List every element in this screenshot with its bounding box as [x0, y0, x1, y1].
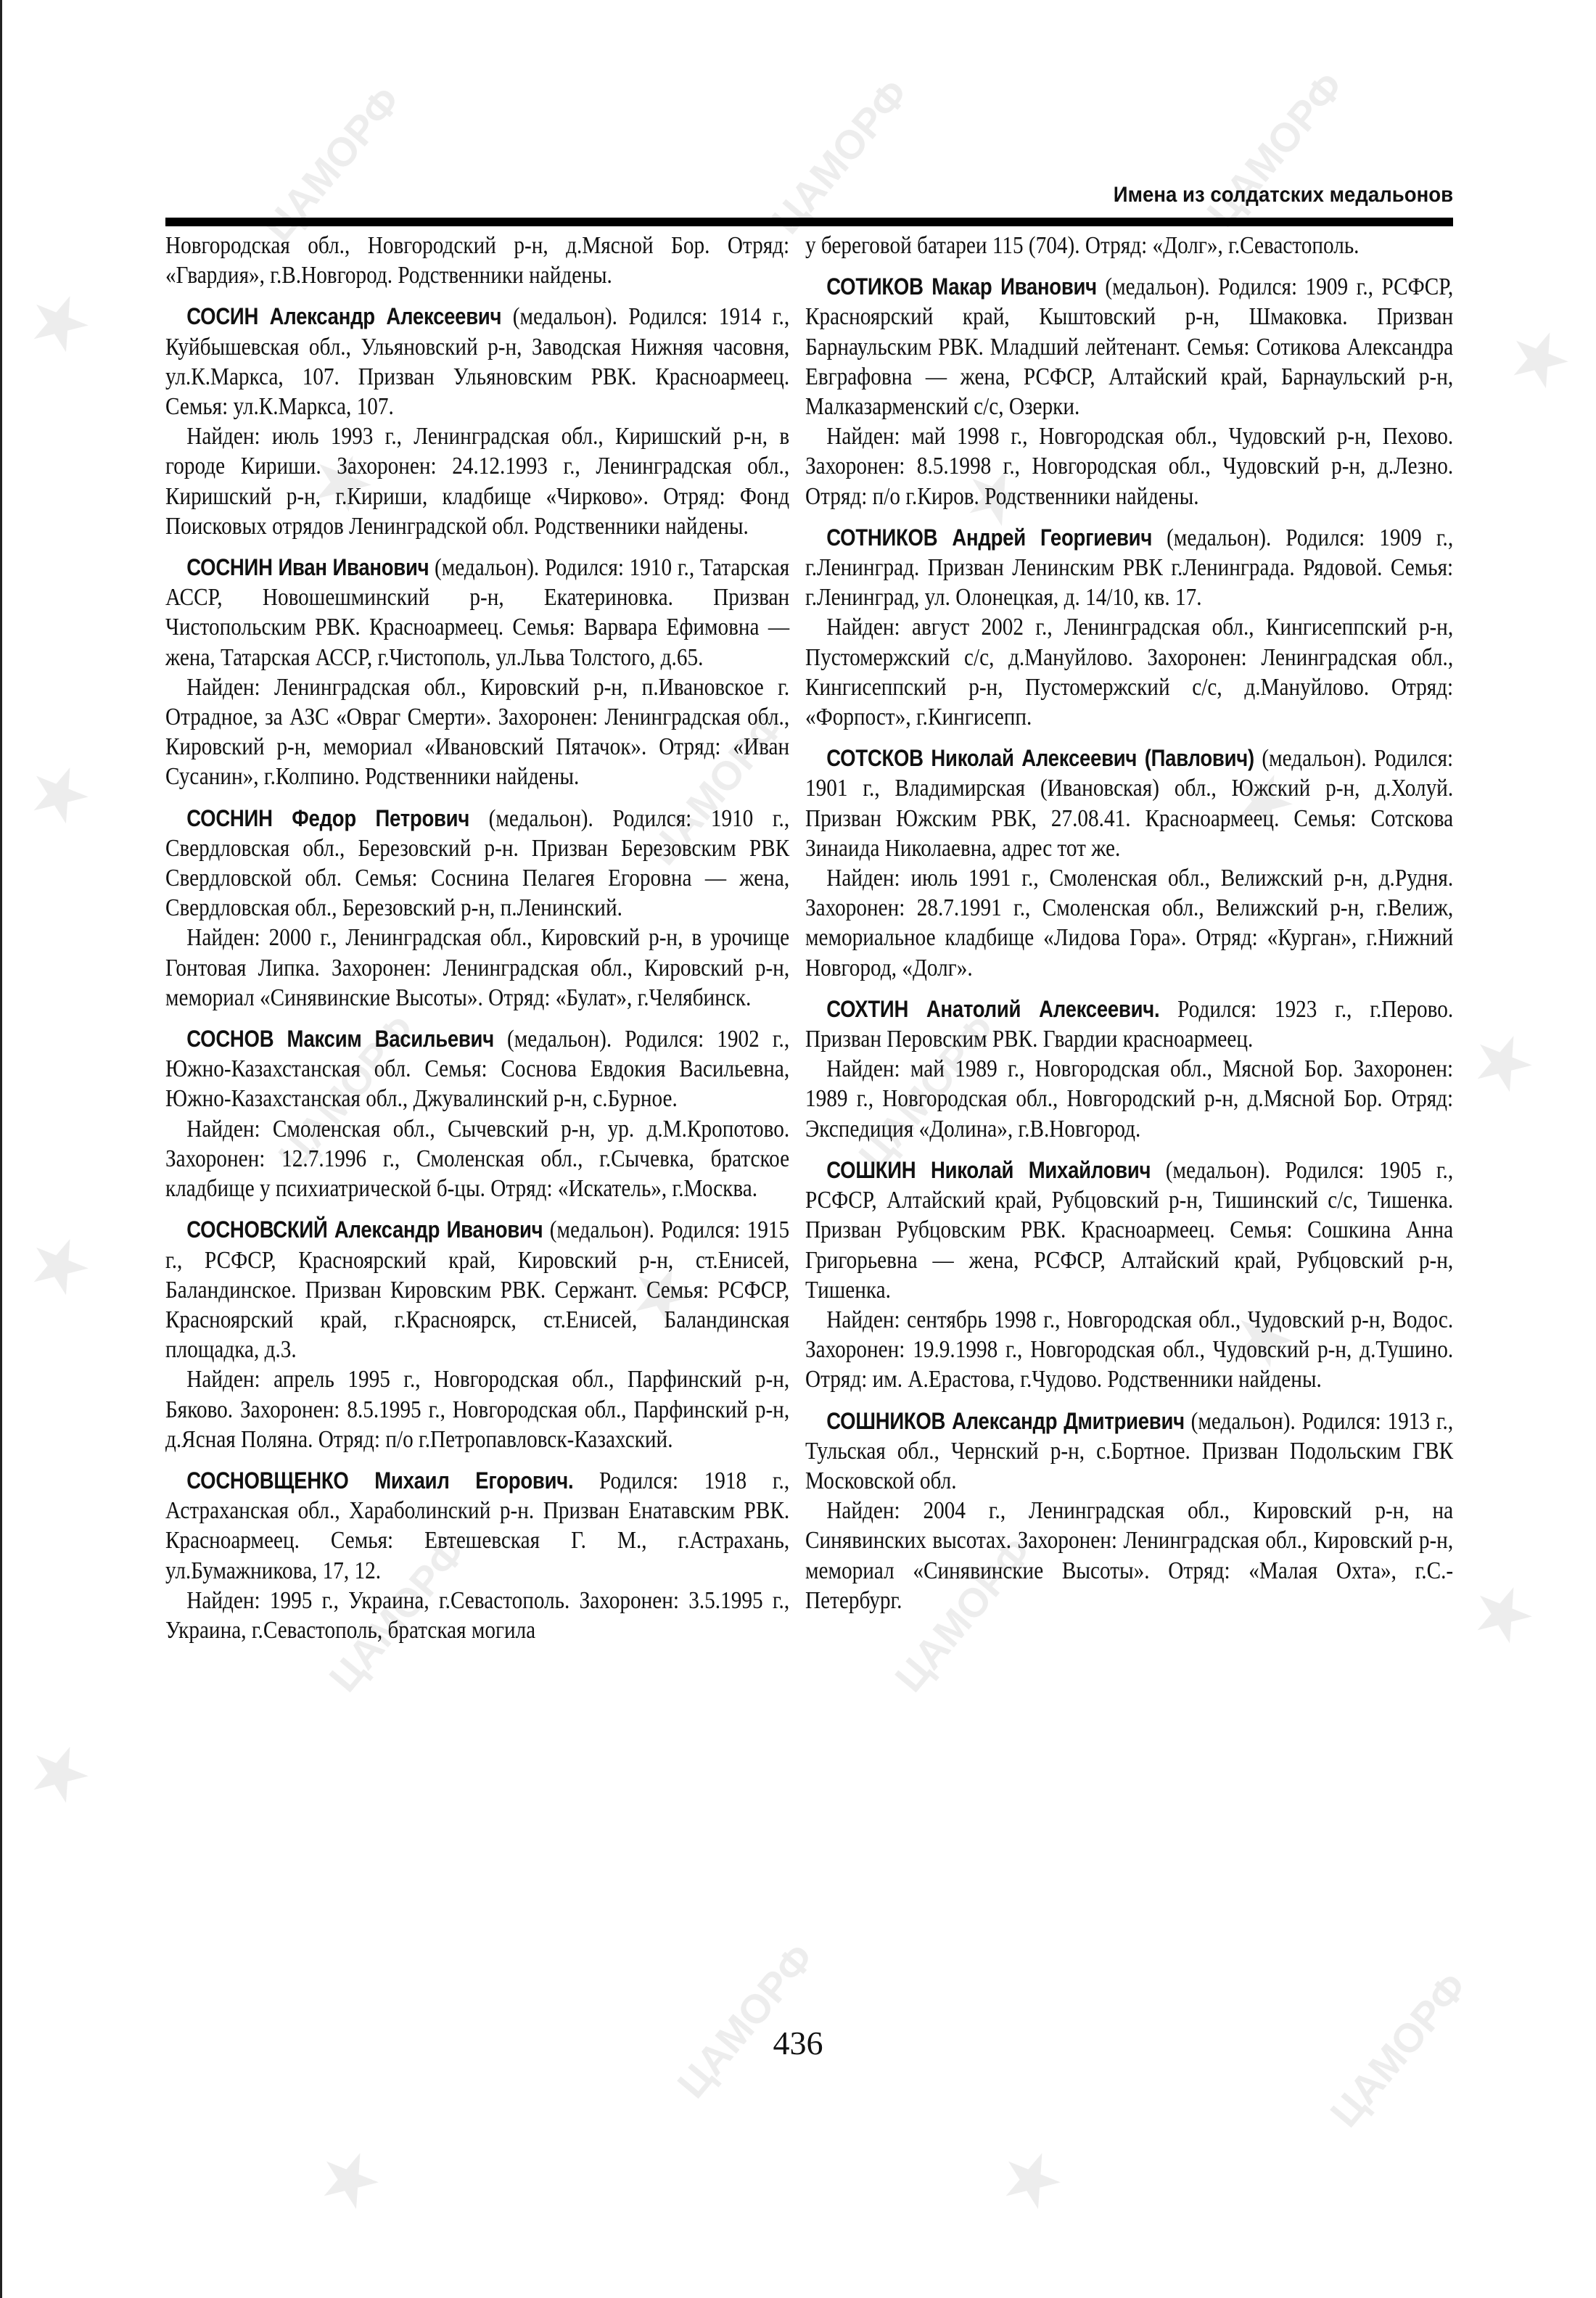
continued-text: Новгородская обл., Новгородский р-н, д.М…	[165, 231, 789, 290]
watermark: ЦАМОРФ	[672, 1937, 820, 2104]
star-watermark-icon: ★	[305, 2136, 392, 2223]
star-watermark-icon: ★	[15, 279, 102, 366]
entry-name: СОСИН Александр Алексеевич	[186, 303, 501, 329]
entry-found: Найден: 1995 г., Украина, г.Севастополь.…	[165, 1586, 789, 1645]
entry: СОСНОВЩЕНКО Михаил Егорович. Родился: 19…	[165, 1466, 789, 1645]
entry: СОХТИН Анатолий Алексеевич. Родился: 192…	[805, 994, 1453, 1144]
star-watermark-icon: ★	[1458, 1019, 1546, 1106]
entry: СОШКИН Николай Михайлович (медальон). Ро…	[805, 1156, 1453, 1395]
star-watermark-icon: ★	[987, 2136, 1074, 2223]
entry-found: Найден: сентябрь 1998 г., Новгородская о…	[805, 1305, 1453, 1395]
star-watermark-icon: ★	[15, 751, 102, 838]
entry: СОСНОВ Максим Васильевич (медальон). Род…	[165, 1024, 789, 1203]
entry-name: СОХТИН Анатолий Алексеевич.	[826, 996, 1159, 1022]
entry-name: СОСНОВЩЕНКО Михаил Егорович.	[186, 1467, 573, 1494]
entry-found: Найден: Смоленская обл., Сычевский р-н, …	[165, 1114, 789, 1204]
entry: СОСИН Александр Алексеевич (медальон). Р…	[165, 302, 789, 541]
star-watermark-icon: ★	[1458, 1570, 1546, 1657]
running-head-title: Имена из солдатских медальонов	[1114, 183, 1453, 207]
right-column: у береговой батареи 115 (704). Отряд: «Д…	[805, 231, 1453, 1615]
entry: СОТИКОВ Макар Иванович (медальон). Родил…	[805, 272, 1453, 511]
star-watermark-icon: ★	[15, 1222, 102, 1309]
entry-name: СОСНИН Иван Иванович	[186, 554, 429, 580]
running-head: Имена из солдатских медальонов	[165, 180, 1453, 226]
entry-found: Найден: май 1989 г., Новгородская обл., …	[805, 1054, 1453, 1144]
scan-edge	[0, 0, 2, 2298]
entry: СОШНИКОВ Александр Дмитриевич (медальон)…	[805, 1407, 1453, 1615]
entry: СОТСКОВ Николай Алексеевич (Павлович) (м…	[805, 744, 1453, 983]
continued-text: у береговой батареи 115 (704). Отряд: «Д…	[805, 231, 1453, 260]
entry-found: Найден: 2000 г., Ленинградская обл., Кир…	[165, 923, 789, 1013]
entry-found: Найден: 2004 г., Ленинградская обл., Кир…	[805, 1496, 1453, 1615]
entry-name: СОШНИКОВ Александр Дмитриевич	[826, 1408, 1185, 1434]
star-watermark-icon: ★	[15, 1730, 102, 1817]
entry-name: СОТНИКОВ Андрей Георгиевич	[826, 524, 1152, 551]
entry-found: Найден: июль 1991 г., Смоленская обл., В…	[805, 863, 1453, 983]
entry-name: СОШКИН Николай Михайлович	[826, 1157, 1151, 1183]
entry-found: Найден: май 1998 г., Новгородская обл., …	[805, 421, 1453, 511]
entry-name: СОТСКОВ Николай Алексеевич (Павлович)	[826, 745, 1254, 771]
star-watermark-icon: ★	[1494, 316, 1582, 403]
left-column: Новгородская обл., Новгородский р-н, д.М…	[165, 231, 789, 1645]
entry-found: Найден: апрель 1995 г., Новгородская обл…	[165, 1364, 789, 1454]
entry-found: Найден: август 2002 г., Ленинградская об…	[805, 612, 1453, 732]
entry-name: СОТИКОВ Макар Иванович	[826, 273, 1097, 300]
entry-found: Найден: Ленинградская обл., Кировский р-…	[165, 672, 789, 792]
entry-name: СОСНИН Федор Петрович	[186, 805, 469, 831]
entry: СОТНИКОВ Андрей Георгиевич (медальон). Р…	[805, 523, 1453, 732]
page-number: 436	[0, 2024, 1596, 2062]
entry-found: Найден: июль 1993 г., Ленинградская обл.…	[165, 421, 789, 541]
entry-name: СОСНОВ Максим Васильевич	[186, 1026, 494, 1052]
entry-name: СОСНОВСКИЙ Александр Иванович	[186, 1216, 543, 1243]
entry: СОСНОВСКИЙ Александр Иванович (медальон)…	[165, 1215, 789, 1454]
entry: СОСНИН Федор Петрович (медальон). Родилс…	[165, 804, 789, 1013]
entry: СОСНИН Иван Иванович (медальон). Родился…	[165, 553, 789, 792]
